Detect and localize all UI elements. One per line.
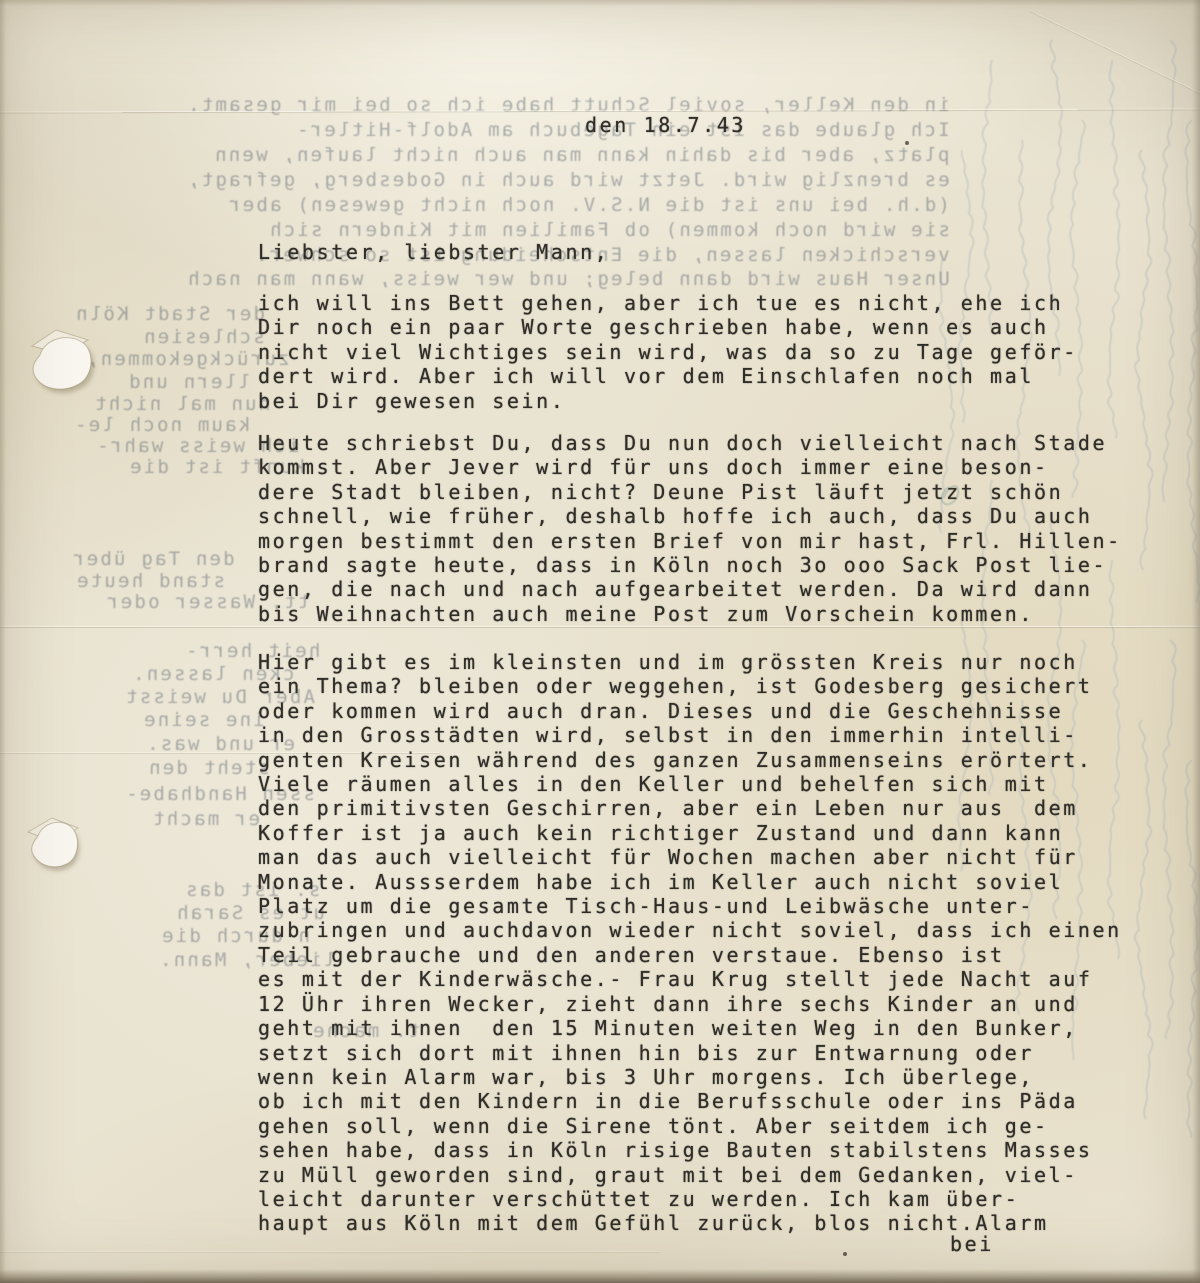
handwriting-bleed-column [1185,760,1197,1138]
verso-bleedthrough-line: platz, aber bis dahin kann man auch nich… [213,144,950,166]
verso-bleedthrough-line: der Stadt Köln [74,303,265,325]
typed-line: dert wird. Aber ich will vor dem Einschl… [258,364,1078,388]
paragraph-3: Hier gibt es im kleinsten und im grösste… [258,650,1122,1236]
typed-line: sehen habe, dass in Köln risige Bauten s… [258,1138,1122,1162]
typed-line: man das auch vielleicht für Wochen mache… [258,845,1122,869]
typed-line: es mit der Kinderwäsche.- Frau Krug stel… [258,967,1122,991]
paragraph-1: ich will ins Bett gehen, aber ich tue es… [258,291,1078,413]
corner-crease [1029,10,1200,95]
verso-bleedthrough-line: in den Keller, soviel Schutt habe ich so… [186,94,950,116]
typed-line: setzt sich dort mit ihnen hin bis zur En… [258,1041,1122,1065]
typed-line: bei Dir gewesen sein. [258,389,1078,413]
fold-crease-middle [0,626,1200,628]
typed-line: kommst. Aber Jever wird für uns doch imm… [258,455,1122,479]
verso-bleedthrough-line: schlesien [142,326,265,348]
paper-edge-bottom [0,1269,1200,1283]
handwriting-bleed-column [1163,640,1175,1039]
typed-line: ein Thema? bleiben oder weggehen, ist Go… [258,674,1122,698]
typed-line: Heute schriebst Du, dass Du nun doch vie… [258,431,1122,455]
typed-line: Hier gibt es im kleinsten und im grösste… [258,650,1122,674]
typed-line: bis Weihnachten auch meine Post zum Vors… [258,602,1122,626]
paper-hole-2 [28,818,80,871]
paper-hole-1 [32,330,94,393]
handwriting-bleed-column [1135,720,1153,1119]
typed-line: brand sagte heute, dass in Köln noch 3o … [258,553,1122,577]
verso-bleedthrough-line: (d.h. bei uns ist die N.S.V. noch nicht … [227,194,950,216]
paper-edge-left [0,0,6,1283]
verso-bleedthrough-line: llern und [127,371,250,393]
typed-line: Viele räumen alles in den Keller und beh… [258,772,1122,796]
paper-edge-top [0,0,1200,6]
verso-bleedthrough-line: ine seine [142,709,265,731]
inserted-word: bei [950,1232,994,1256]
handwriting-bleed-column [1162,40,1175,502]
ink-speck [843,1252,847,1256]
letter-date: den 18.7.43 [585,113,746,137]
handwriting-bleed-column [1135,150,1153,570]
letter-page: in den Keller, soviel Schutt habe ich so… [0,0,1200,1283]
typed-line: gen, die nach und nach aufgearbeitet wer… [258,577,1122,601]
typed-line: zu Müll geworden sind, graut mit bei dem… [258,1163,1122,1187]
verso-bleedthrough-line: er macht [151,808,260,830]
paper-edge-right [1192,0,1200,1283]
verso-bleedthrough-line: nun mal nicht [93,393,270,415]
typed-line: den primitivsten Geschirren, aber ein Le… [258,796,1122,820]
typed-line: zubringen und auchdavon wieder nicht sov… [258,918,1122,942]
typed-line: Koffer ist ja auch kein richtiger Zustan… [258,821,1122,845]
typed-line: ich will ins Bett gehen, aber ich tue es… [258,291,1078,315]
typed-line: schnell, wie früher, deshalb hoffe ich a… [258,504,1122,528]
typed-line: morgen bestimmt den ersten Brief von mir… [258,529,1122,553]
verso-bleedthrough-line: es brenzlig wird. Jetzt wird auch in God… [186,169,950,191]
typed-line: wenn kein Alarm war, bis 3 Uhr morgens. … [258,1065,1122,1089]
typed-line: Teil gebrauche und den anderen verstaue.… [258,943,1122,967]
typed-line: in den Grosstädten wird, selbst in den i… [258,723,1122,747]
typed-line: Platz um die gesamte Tisch-Haus-und Leib… [258,894,1122,918]
fold-crease-bottom [0,1251,660,1253]
ink-speck [905,141,909,145]
salutation: Liebster, liebster Mann, [258,240,609,264]
verso-bleedthrough-line: steht den [147,757,270,779]
verso-bleedthrough-line: den Tag über [71,548,235,570]
typed-line: ob ich mit den Kindern in die Berufsschu… [258,1089,1122,1113]
typed-line: dere Stadt bleiben, nicht? Deune Pist lä… [258,480,1122,504]
verso-bleedthrough-line: Unser Haus wird dann beleg; und wer weis… [186,268,950,290]
typed-line: nicht viel Wichtiges sein wird, was da s… [258,340,1078,364]
typed-line: 12 Ühr ihren Wecker, zieht dann ihre sec… [258,992,1122,1016]
verso-bleedthrough-line: stand heute [75,570,225,592]
typed-line: genten Kreisen während des ganzen Zusamm… [258,748,1122,772]
typed-line: oder kommen wird auch dran. Dieses und d… [258,699,1122,723]
verso-bleedthrough-line: sie wird noch kommen) ob Familien mit Ki… [268,219,950,241]
typed-line: geht mit ihnen den 15 Minuten weiten Weg… [258,1016,1122,1040]
verso-bleedthrough-line: kaum noch le- [73,414,250,436]
typed-line: leicht darunter verschüttet zu werden. I… [258,1187,1122,1211]
typed-line: gehen soll, wenn die Sirene tönt. Aber s… [258,1114,1122,1138]
handwriting-bleed-column [1108,60,1120,438]
typed-line: Dir noch ein paar Worte geschrieben habe… [258,315,1078,339]
handwriting-bleed-column [1185,120,1199,603]
typed-line: Monate. Aussserdem habe ich im Keller au… [258,870,1122,894]
paragraph-2: Heute schriebst Du, dass Du nun doch vie… [258,431,1122,626]
